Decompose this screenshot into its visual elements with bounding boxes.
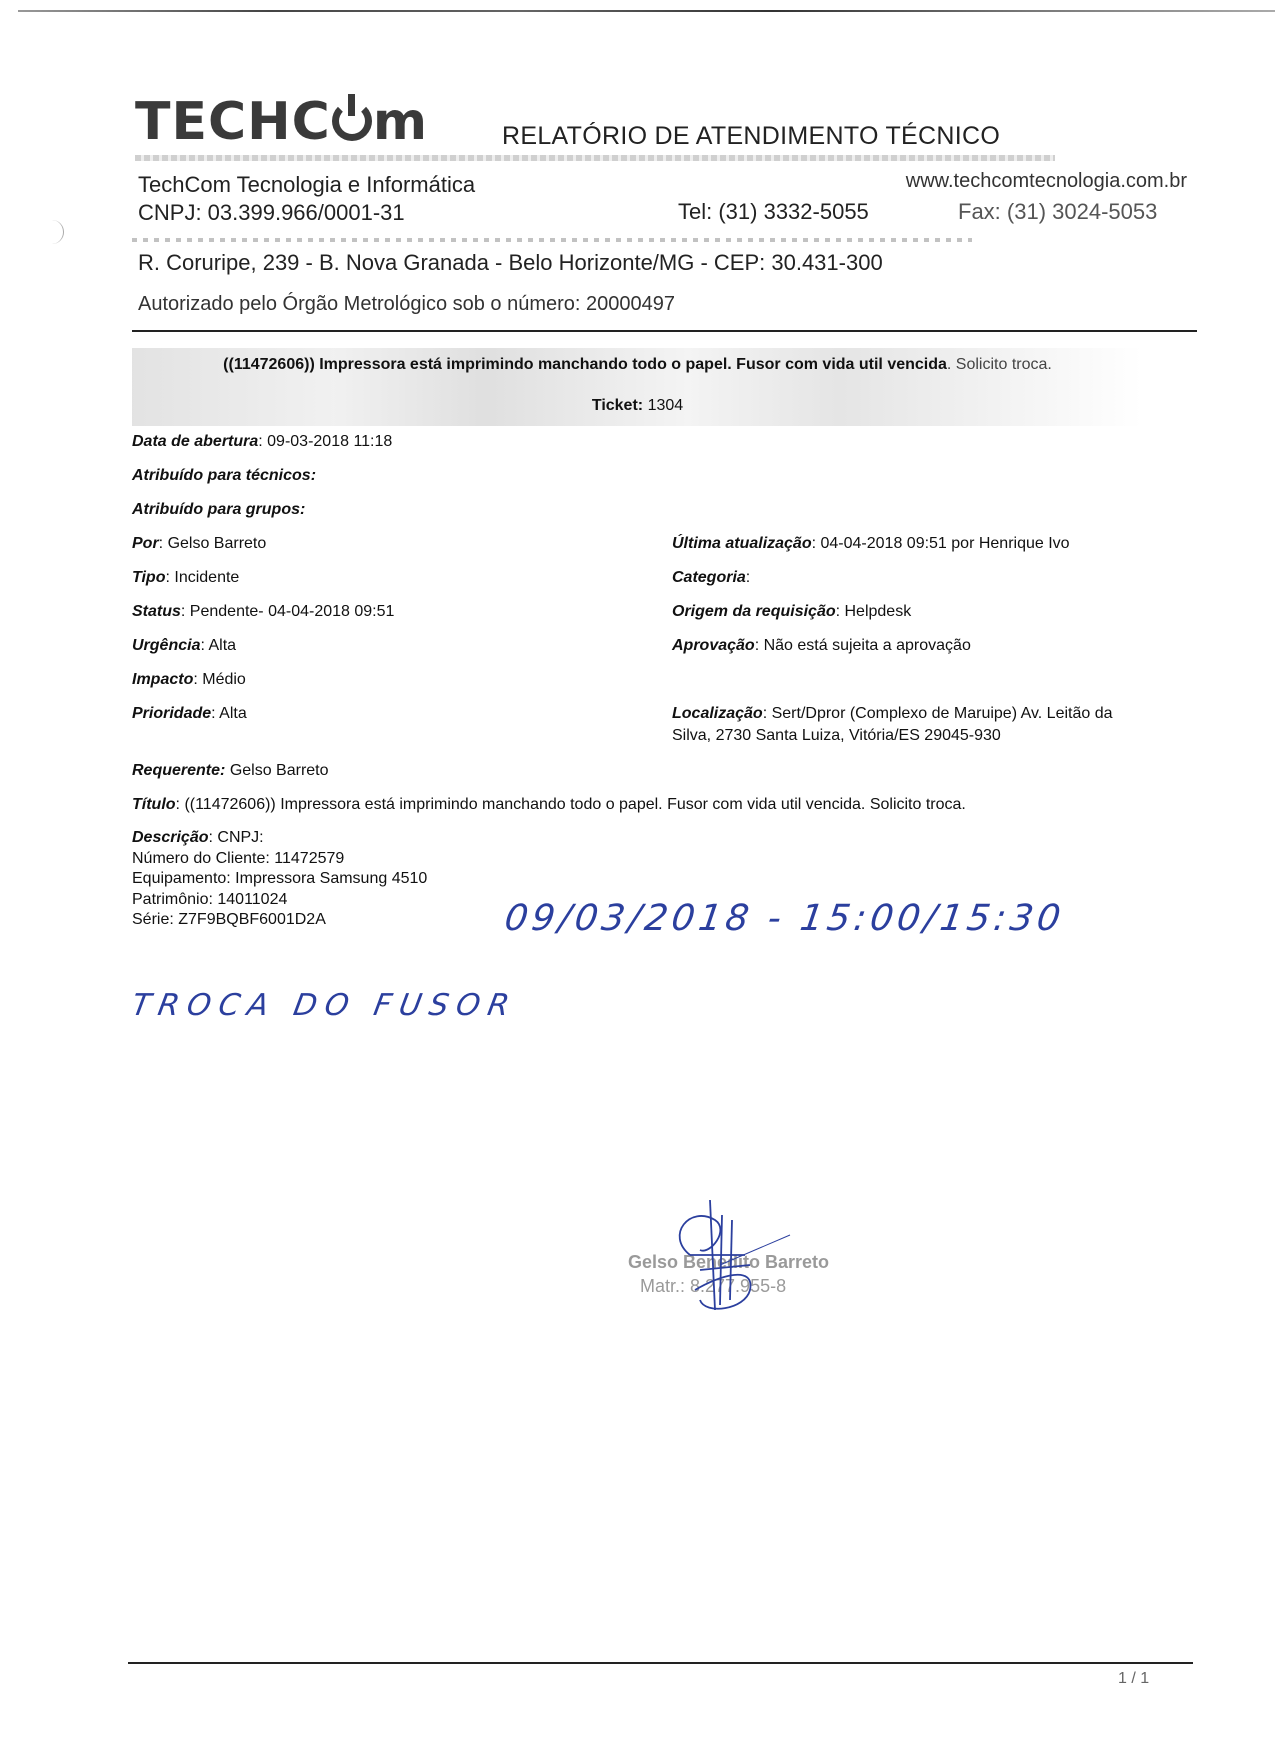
logo-underline xyxy=(135,155,1055,161)
scan-artifact xyxy=(50,220,64,244)
logo-text: TECHC xyxy=(135,92,331,152)
company-fax: Fax: (31) 3024-5053 xyxy=(958,199,1157,225)
field-status: Status: Pendente- 04-04-2018 09:51 xyxy=(132,603,394,621)
field-requerente: Requerente: Gelso Barreto xyxy=(132,762,329,780)
field-tipo: Tipo: Incidente xyxy=(132,569,239,587)
ticket-title-tail: . Solicito troca. xyxy=(947,356,1052,373)
page-number: 1 / 1 xyxy=(1118,1670,1149,1688)
field-tecnicos: Atribuído para técnicos: xyxy=(132,467,316,485)
footer-divider xyxy=(128,1662,1193,1664)
report-title: RELATÓRIO DE ATENDIMENTO TÉCNICO xyxy=(502,122,1000,151)
field-localizacao-line2: Silva, 2730 Santa Luiza, Vitória/ES 2904… xyxy=(672,727,1001,745)
field-categoria: Categoria: xyxy=(672,569,750,587)
field-origem: Origem da requisição: Helpdesk xyxy=(672,603,911,621)
field-ultima-atualizacao: Última atualização: 04-04-2018 09:51 por… xyxy=(672,535,1070,553)
descricao-first: : CNPJ: xyxy=(209,829,264,846)
ticket-label: Ticket: xyxy=(592,397,643,414)
power-icon xyxy=(332,101,372,141)
descricao-patrimonio: Patrimônio: 14011024 xyxy=(132,890,427,911)
company-address: R. Coruripe, 239 - B. Nova Granada - Bel… xyxy=(138,250,883,276)
handwritten-datetime: 09/03/2018 - 15:00/15:30 xyxy=(502,898,1067,939)
field-urgencia: Urgência: Alta xyxy=(132,637,236,655)
handwritten-note: TROCA DO FUSOR xyxy=(129,988,520,1023)
logo-text-end: m xyxy=(373,92,428,152)
company-name: TechCom Tecnologia e Informática xyxy=(138,172,475,198)
ticket-value: 1304 xyxy=(648,397,684,414)
field-titulo: Título: ((11472606)) Impressora está imp… xyxy=(132,796,966,814)
divider xyxy=(132,238,972,242)
field-prioridade: Prioridade: Alta xyxy=(132,705,247,723)
company-website: www.techcomtecnologia.com.br xyxy=(906,170,1187,193)
field-impacto: Impacto: Médio xyxy=(132,671,246,689)
ticket-title-main: ((11472606)) Impressora está imprimindo … xyxy=(223,356,947,373)
ticket-number: Ticket: 1304 xyxy=(0,397,1275,415)
descricao-label: Descrição xyxy=(132,829,209,846)
signature-icon xyxy=(660,1195,800,1325)
field-localizacao: Localização: Sert/Dpror (Complexo de Mar… xyxy=(672,705,1113,723)
field-data-abertura: Data de abertura: 09-03-2018 11:18 xyxy=(132,433,392,451)
field-aprovacao: Aprovação: Não está sujeita a aprovação xyxy=(672,637,971,655)
header-divider xyxy=(132,330,1197,332)
descricao-serie: Série: Z7F9BQBF6001D2A xyxy=(132,910,427,931)
ticket-title: ((11472606)) Impressora está imprimindo … xyxy=(0,356,1275,374)
scan-edge xyxy=(18,10,1275,12)
authorization-note: Autorizado pelo Órgão Metrológico sob o … xyxy=(138,293,675,316)
company-phone: Tel: (31) 3332-5055 xyxy=(678,199,869,225)
field-por: Por: Gelso Barreto xyxy=(132,535,266,553)
descricao-equipamento: Equipamento: Impressora Samsung 4510 xyxy=(132,869,427,890)
company-cnpj: CNPJ: 03.399.966/0001-31 xyxy=(138,200,405,226)
techcom-logo: TECHCm xyxy=(135,96,428,148)
field-descricao: Descrição: CNPJ: Número do Cliente: 1147… xyxy=(132,828,427,931)
descricao-cliente: Número do Cliente: 11472579 xyxy=(132,849,427,870)
field-grupos: Atribuído para grupos: xyxy=(132,501,305,519)
